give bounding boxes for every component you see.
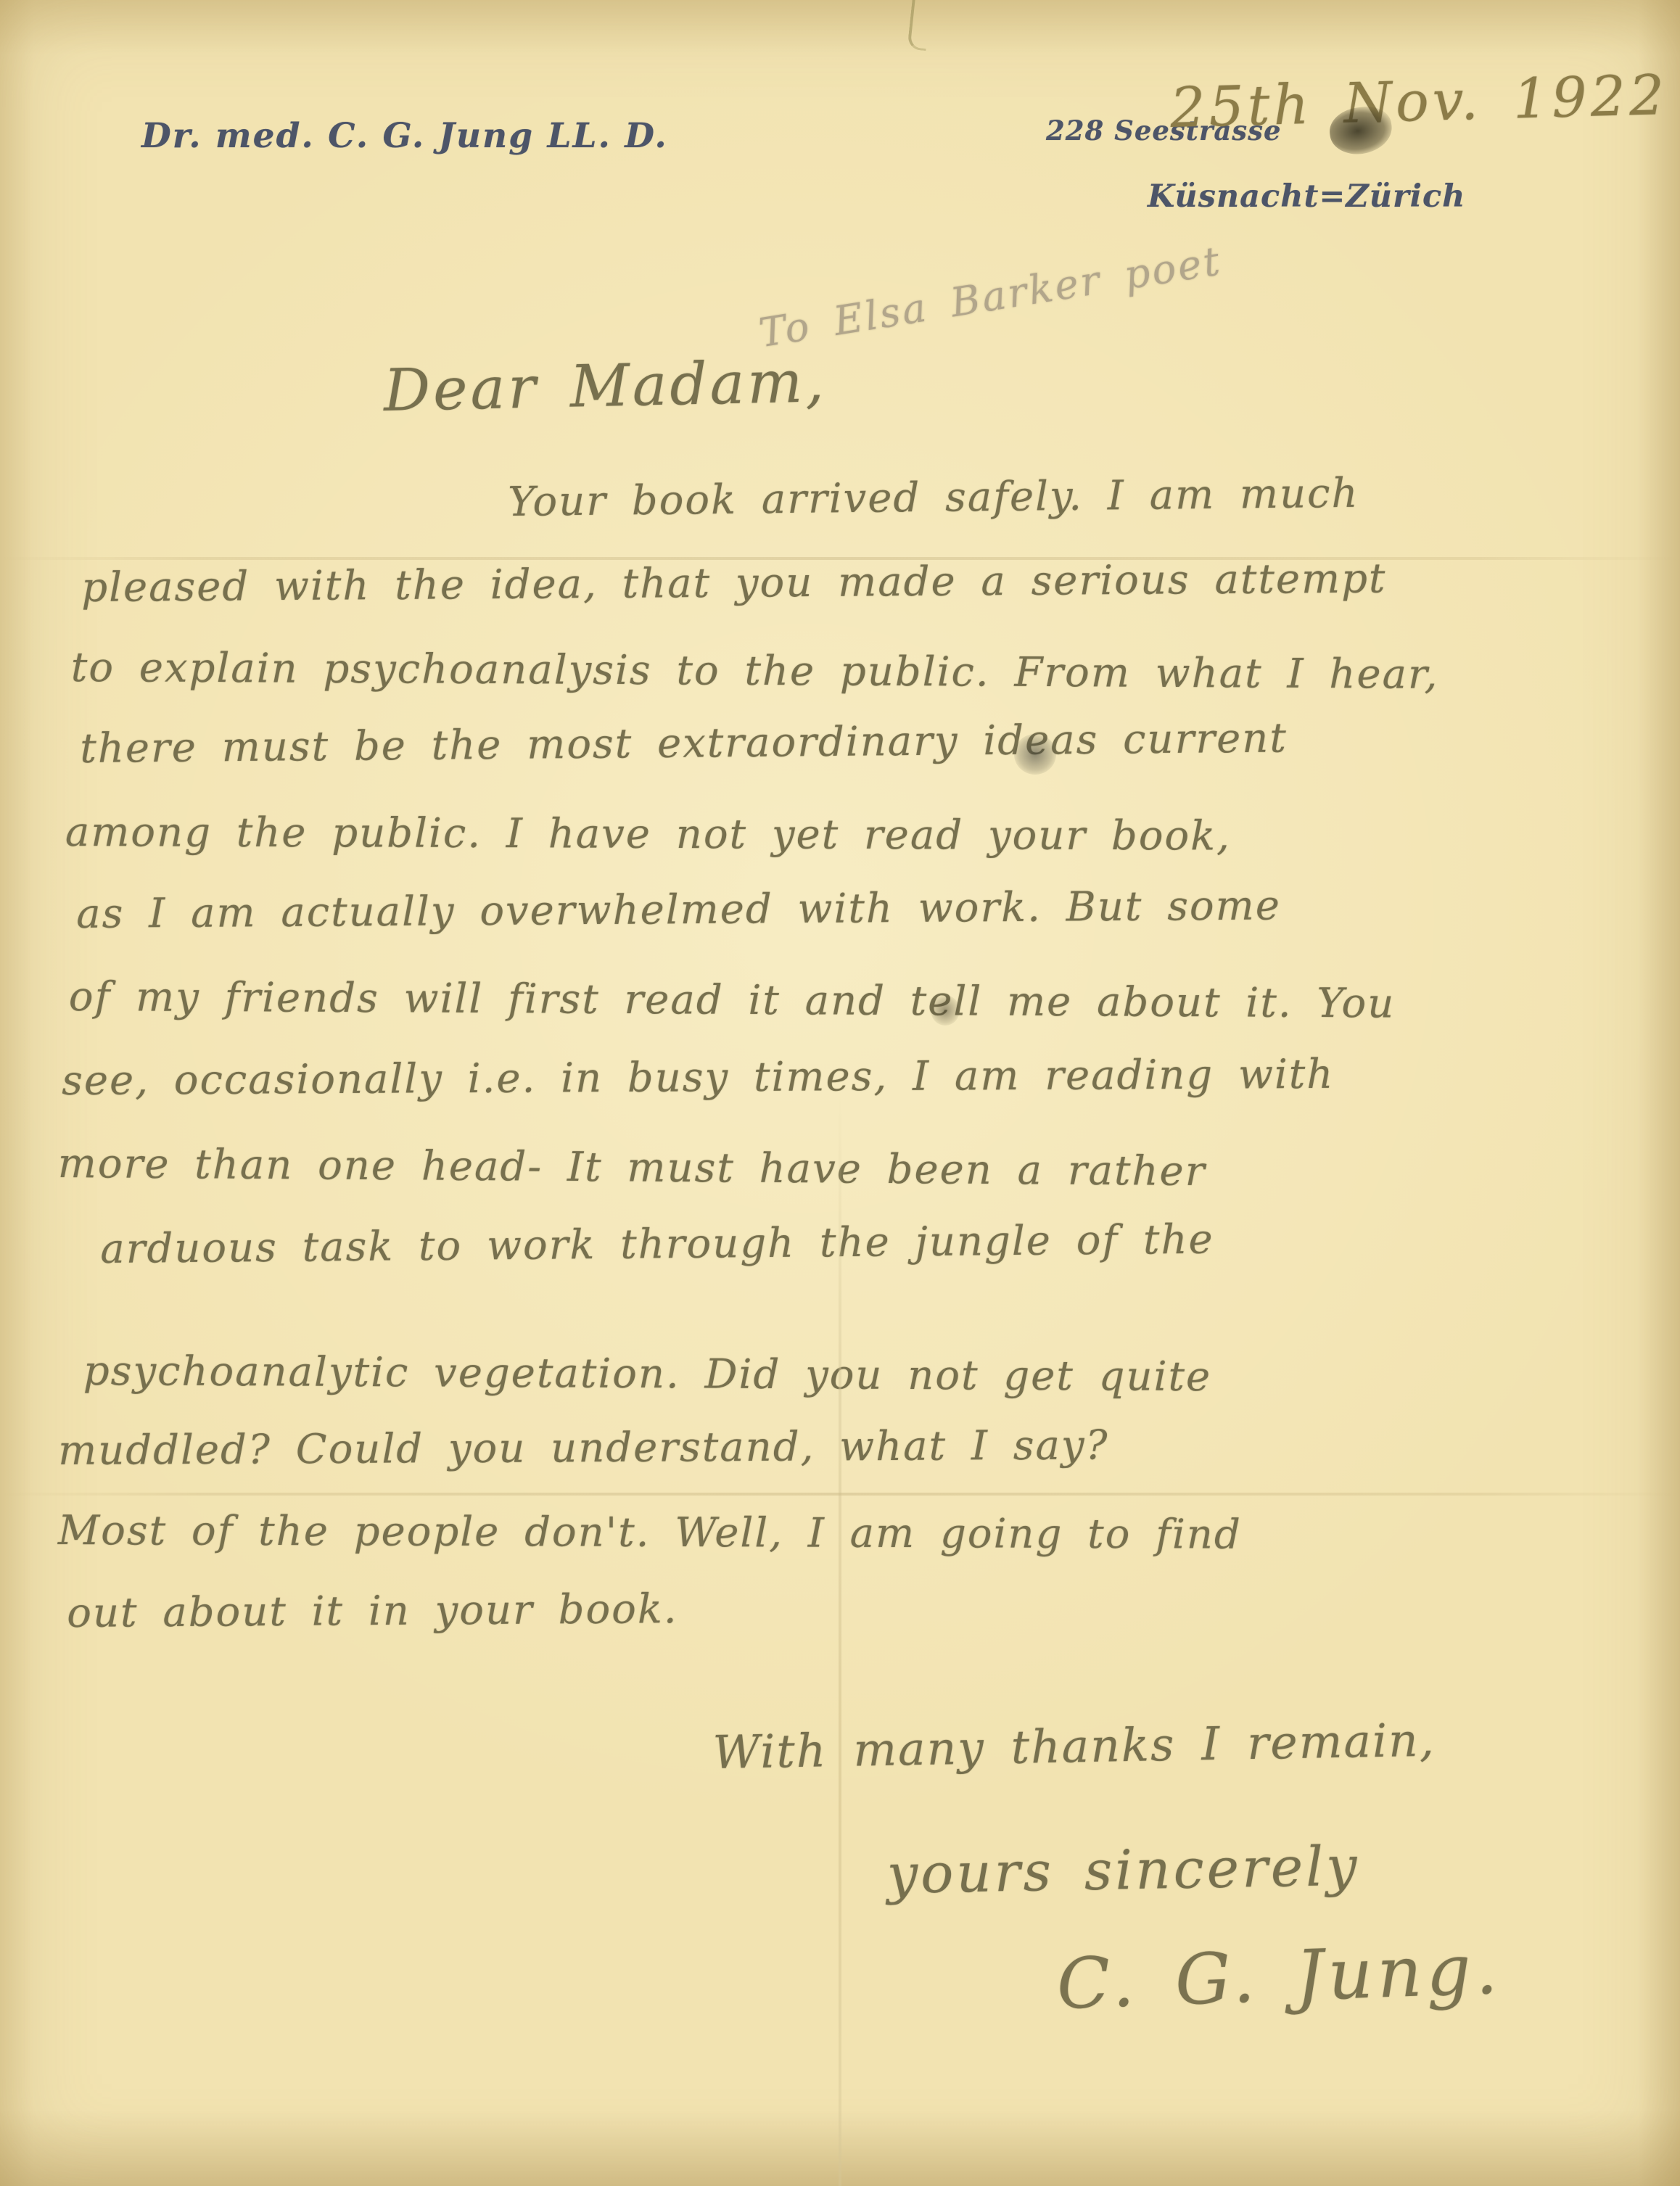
letter-page: Dr. med. C. G. Jung LL. D. 228 Seestrass… <box>0 0 1680 2186</box>
body-line: Your book arrived safely. I am much <box>508 470 1359 526</box>
body-line: arduous task to work through the jungle … <box>100 1216 1214 1273</box>
body-line: muddled? Could you understand, what I sa… <box>58 1422 1109 1474</box>
body-line: among the public. I have not yet read yo… <box>65 809 1231 860</box>
body-line: there must be the most extraordinary ide… <box>80 714 1288 772</box>
fold-crease-vertical <box>839 1088 841 2186</box>
body-line: of my friends will first read it and tel… <box>69 973 1396 1028</box>
ink-smudge <box>1014 734 1056 775</box>
body-line: to explain psychoanalysis to the public.… <box>71 644 1439 698</box>
body-line: more than one head- It must have been a … <box>58 1140 1206 1195</box>
body-line: psychoanalytic vegetation. Did you not g… <box>83 1348 1212 1401</box>
body-line: out about it in your book. <box>67 1585 678 1637</box>
body-line: see, occasionally i.e. in busy times, I … <box>62 1051 1335 1105</box>
signature: C. G. Jung. <box>1055 1929 1503 2025</box>
body-line: as I am actually overwhelmed with work. … <box>76 882 1281 938</box>
body-line: Most of the people don't. Well, I am goi… <box>58 1507 1242 1559</box>
letterhead-address-city: Küsnacht=Zürich <box>1148 178 1465 215</box>
stray-pen-mark <box>907 0 931 51</box>
body-line: pleased with the idea, that you made a s… <box>81 555 1387 611</box>
closing-line: yours sincerely <box>886 1834 1360 1906</box>
closing-line: With many thanks I remain, <box>712 1714 1436 1779</box>
pencil-annotation: To Elsa Barker poet <box>756 237 1224 356</box>
salutation: Dear Madam, <box>383 347 827 424</box>
letterhead-name: Dr. med. C. G. Jung LL. D. <box>141 116 668 156</box>
handwritten-date: 25th Nov. 1922 <box>1169 62 1668 140</box>
fold-crease-horizontal <box>0 557 1680 560</box>
ink-smudge <box>931 995 960 1026</box>
